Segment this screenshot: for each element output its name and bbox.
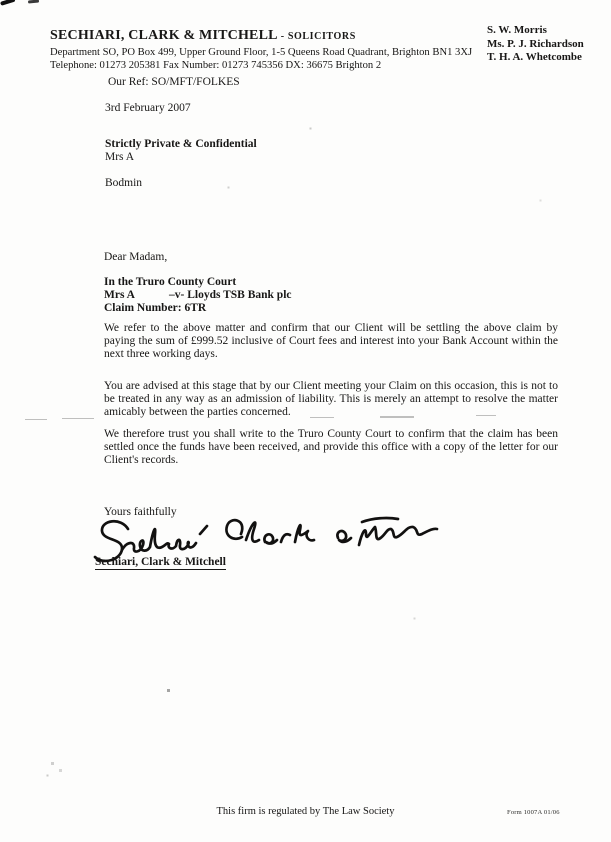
letter-page: SECHIARI, CLARK & MITCHELL - SOLICITORS … <box>0 0 611 842</box>
scan-noise-specks <box>0 0 1 1</box>
recipient-name: Mrs A <box>105 151 257 164</box>
scan-artifact-corner <box>0 0 16 6</box>
privacy-notice: Strictly Private & Confidential <box>105 138 257 151</box>
case-heading: In the Truro County Court Mrs A–v- Lloyd… <box>104 276 292 315</box>
partner-name: T. H. A. Whetcombe <box>487 51 584 65</box>
court-name: In the Truro County Court <box>104 276 292 289</box>
defendant-name: –v- Lloyds TSB Bank plc <box>169 289 292 301</box>
partner-list: S. W. Morris Ms. P. J. Richardson T. H. … <box>487 24 584 65</box>
our-ref: Our Ref: SO/MFT/FOLKES <box>108 76 240 88</box>
salutation: Dear Madam, <box>104 251 167 263</box>
recipient-block: Strictly Private & Confidential Mrs A Bo… <box>105 138 257 190</box>
firm-suffix: - SOLICITORS <box>278 31 356 42</box>
partner-name: S. W. Morris <box>487 24 584 38</box>
body-paragraph: We refer to the above matter and confirm… <box>104 322 558 361</box>
scan-artifact-dash <box>28 0 39 3</box>
form-number: Form 1007A 01/06 <box>507 809 560 816</box>
case-parties: Mrs A–v- Lloyds TSB Bank plc <box>104 289 292 302</box>
firm-contact: Telephone: 01273 205381 Fax Number: 0127… <box>50 60 480 71</box>
firm-title: SECHIARI, CLARK & MITCHELL - SOLICITORS <box>50 26 480 44</box>
letter-date: 3rd February 2007 <box>105 102 191 114</box>
claim-number: Claim Number: 6TR <box>104 302 292 315</box>
scan-noise-line <box>25 419 47 420</box>
body-paragraph: You are advised at this stage that by ou… <box>104 380 558 419</box>
recipient-town: Bodmin <box>105 177 257 190</box>
claimant-name: Mrs A <box>104 289 169 302</box>
typed-signatory-name: Sechiari, Clark & Mitchell <box>95 556 226 570</box>
firm-name: SECHIARI, CLARK & MITCHELL <box>50 28 278 43</box>
body-paragraph: We therefore trust you shall write to th… <box>104 428 558 467</box>
firm-address: Department SO, PO Box 499, Upper Ground … <box>50 47 480 58</box>
scan-noise-line <box>62 418 94 419</box>
partner-name: Ms. P. J. Richardson <box>487 38 584 52</box>
letterhead: SECHIARI, CLARK & MITCHELL - SOLICITORS … <box>50 26 480 71</box>
